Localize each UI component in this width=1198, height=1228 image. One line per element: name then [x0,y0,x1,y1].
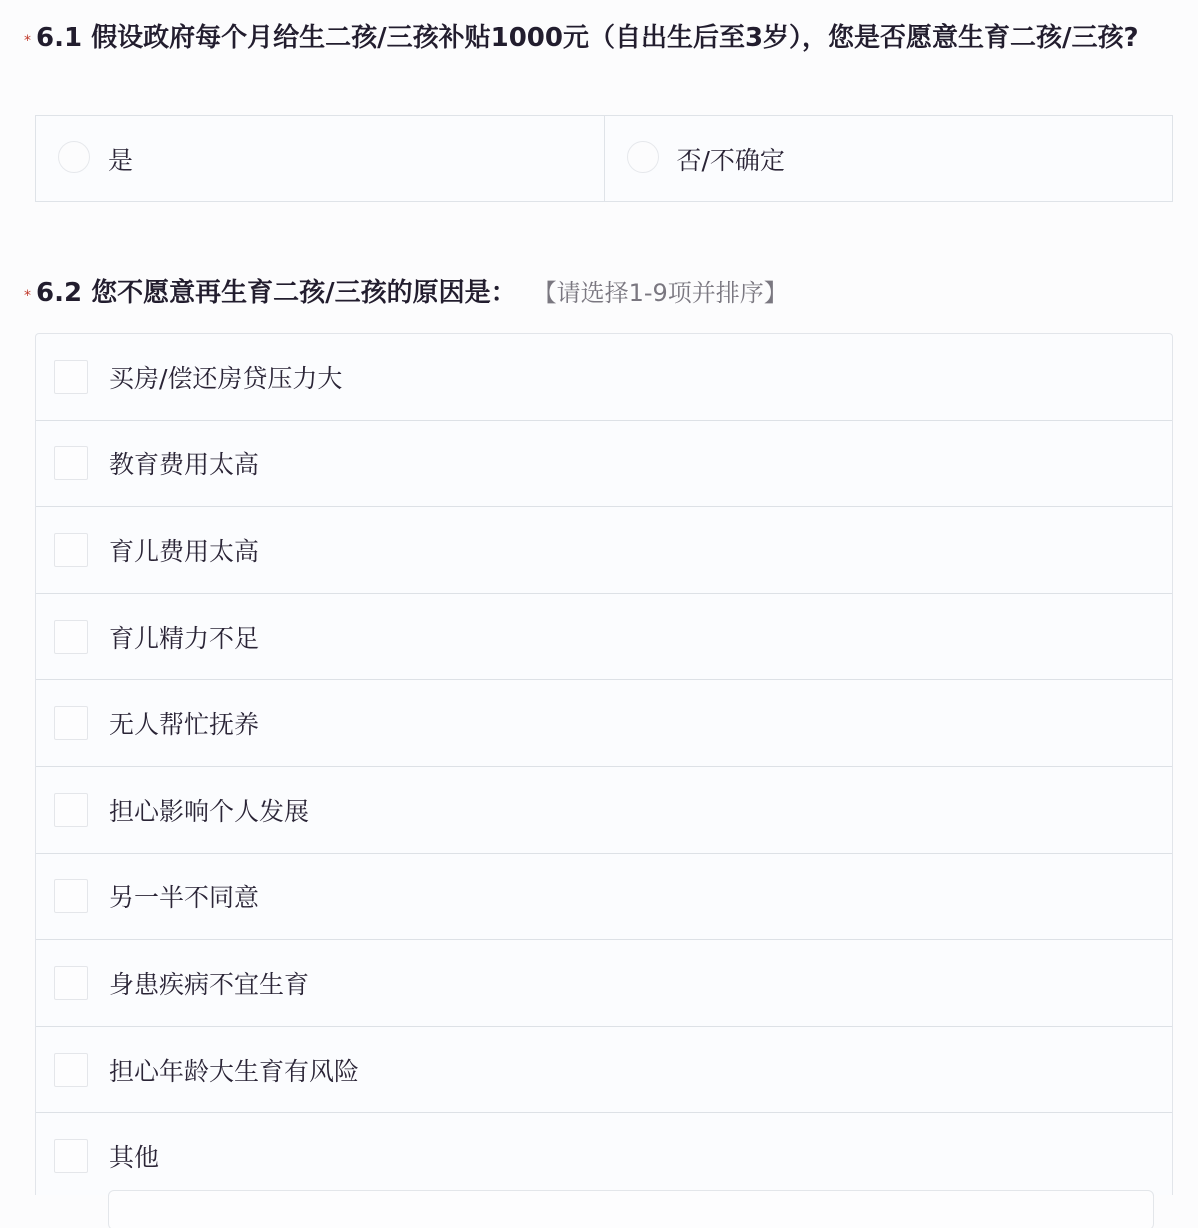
question-text: 6.1 假设政府每个月给生二孩/三孩补贴1000元（自出生后至3岁），您是否愿意… [36,23,1139,53]
question-6-1-options: 是 否/不确定 [35,115,1173,202]
checkbox-option-lack-energy[interactable]: 育儿精力不足 [36,594,1172,681]
checkbox-icon[interactable] [54,706,88,740]
checkbox-label: 另一半不同意 [109,878,259,914]
radio-label: 是 [108,141,133,177]
checkbox-label: 育儿精力不足 [109,619,259,655]
checkbox-label: 无人帮忙抚养 [109,705,259,741]
other-reason-input[interactable] [108,1190,1154,1228]
checkbox-label: 其他 [109,1138,159,1174]
question-6-1-title: * 6.1 假设政府每个月给生二孩/三孩补贴1000元（自出生后至3岁），您是否… [36,20,1176,57]
question-text: 6.2 您不愿意再生育二孩/三孩的原因是： [36,278,517,308]
checkbox-option-other[interactable]: 其他 [36,1113,1172,1198]
checkbox-label: 育儿费用太高 [109,532,259,568]
checkbox-option-age-risk[interactable]: 担心年龄大生育有风险 [36,1027,1172,1114]
checkbox-option-childcare-cost[interactable]: 育儿费用太高 [36,507,1172,594]
radio-option-yes[interactable]: 是 [36,116,604,201]
checkbox-icon[interactable] [54,620,88,654]
checkbox-option-housing[interactable]: 买房/偿还房贷压力大 [36,334,1172,421]
checkbox-option-education-cost[interactable]: 教育费用太高 [36,421,1172,508]
survey-page: * 6.1 假设政府每个月给生二孩/三孩补贴1000元（自出生后至3岁），您是否… [0,0,1198,1228]
checkbox-label: 担心年龄大生育有风险 [109,1052,359,1088]
checkbox-icon[interactable] [54,966,88,1000]
question-6-2-options: 买房/偿还房贷压力大 教育费用太高 育儿费用太高 育儿精力不足 无人帮忙抚养 担… [35,333,1173,1195]
checkbox-icon[interactable] [54,1139,88,1173]
checkbox-option-partner-disagrees[interactable]: 另一半不同意 [36,854,1172,941]
required-marker: * [24,278,31,315]
checkbox-label: 身患疾病不宜生育 [109,965,309,1001]
required-marker: * [24,23,31,60]
checkbox-label: 担心影响个人发展 [109,792,309,828]
checkbox-option-no-help[interactable]: 无人帮忙抚养 [36,680,1172,767]
radio-option-no-unsure[interactable]: 否/不确定 [604,116,1173,201]
checkbox-label: 教育费用太高 [109,445,259,481]
checkbox-option-career[interactable]: 担心影响个人发展 [36,767,1172,854]
checkbox-icon[interactable] [54,879,88,913]
checkbox-icon[interactable] [54,793,88,827]
checkbox-icon[interactable] [54,446,88,480]
checkbox-icon[interactable] [54,1053,88,1087]
radio-button-icon[interactable] [627,141,659,173]
radio-label: 否/不确定 [677,141,785,177]
checkbox-label: 买房/偿还房贷压力大 [109,359,342,395]
checkbox-option-illness[interactable]: 身患疾病不宜生育 [36,940,1172,1027]
question-hint: 【请选择1-9项并排序】 [545,279,788,307]
question-6-2-title: * 6.2 您不愿意再生育二孩/三孩的原因是：【请选择1-9项并排序】 [36,275,1176,312]
radio-button-icon[interactable] [58,141,90,173]
checkbox-icon[interactable] [54,533,88,567]
checkbox-icon[interactable] [54,360,88,394]
